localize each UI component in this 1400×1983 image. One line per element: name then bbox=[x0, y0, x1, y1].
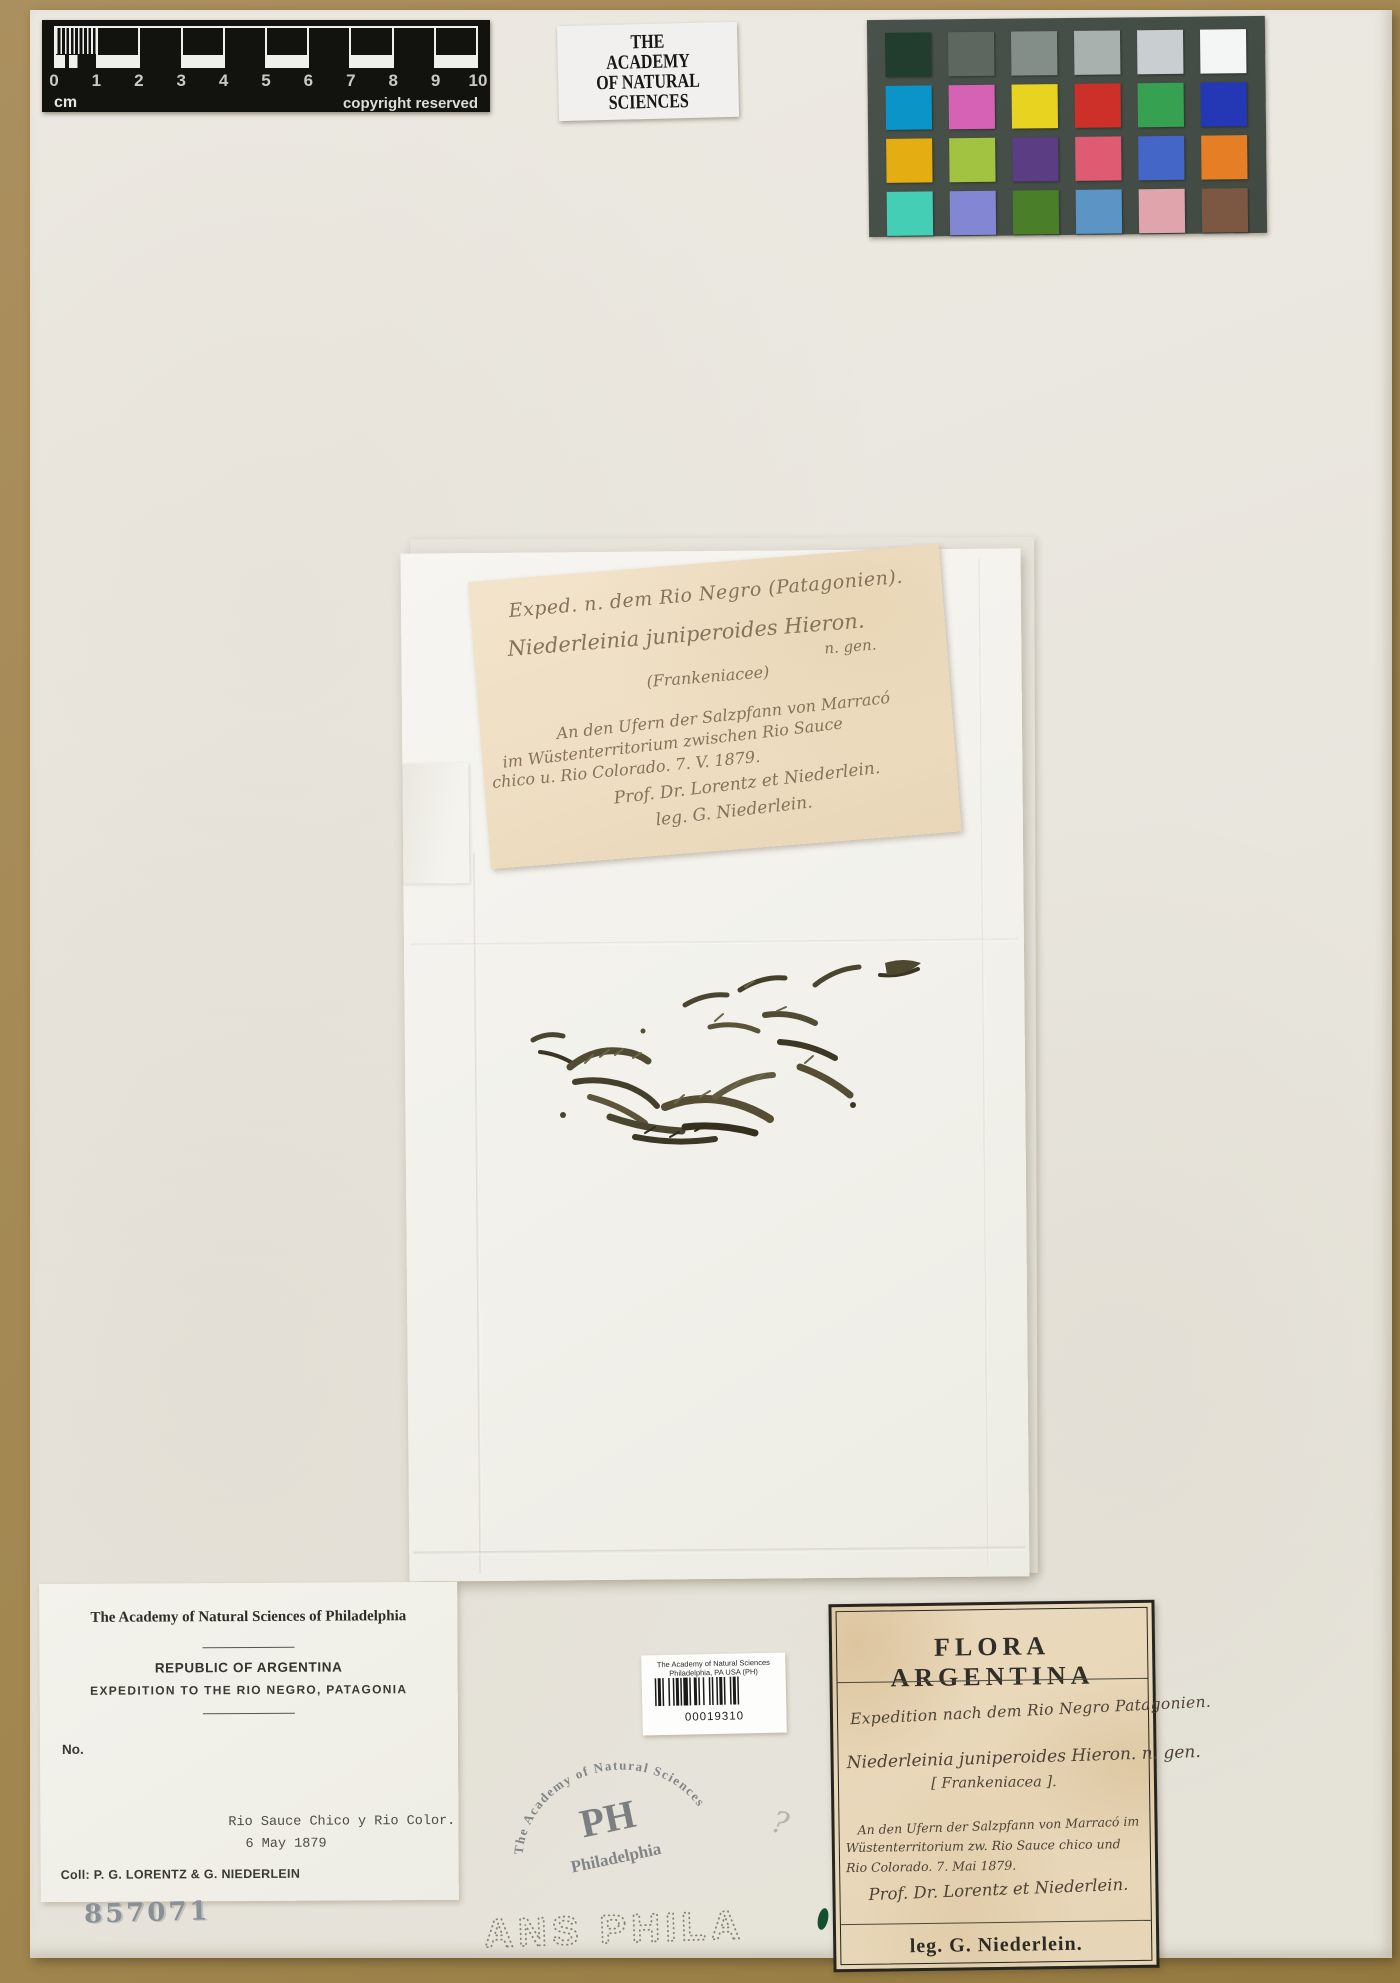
perforation-stamp: ANS PHILA bbox=[479, 1893, 791, 1966]
packet-fold-corner bbox=[402, 763, 469, 884]
academy-wordmark-plate: THE ACADEMY OF NATURAL SCIENCES bbox=[557, 22, 739, 121]
cm-cell-6 bbox=[307, 28, 349, 68]
scale-bar-ticks bbox=[54, 26, 478, 68]
scale-number-6: 6 bbox=[304, 71, 313, 91]
cm-cell-3 bbox=[181, 28, 223, 68]
scale-number-1: 1 bbox=[92, 71, 101, 91]
packet-crease bbox=[413, 1546, 1025, 1555]
scale-number-0: 0 bbox=[49, 71, 58, 91]
barcode-bar bbox=[698, 1677, 700, 1705]
color-patch-r2c4 bbox=[1138, 136, 1184, 180]
color-patch-r3c2 bbox=[1013, 190, 1059, 234]
scale-number-2: 2 bbox=[134, 71, 143, 91]
scale-bar-inner: 012345678910 cm copyright reserved bbox=[54, 26, 478, 113]
divider bbox=[203, 1647, 295, 1648]
detached-tuft bbox=[885, 960, 921, 975]
expedition-label-date: 6 May 1879 bbox=[245, 1837, 326, 1852]
barcode-bar bbox=[730, 1677, 732, 1705]
color-patch-r3c0 bbox=[887, 191, 933, 235]
cm-cell-2 bbox=[138, 28, 180, 68]
barcode-icon bbox=[653, 1676, 776, 1707]
color-patch-r0c4 bbox=[1137, 30, 1183, 74]
barcode-bar bbox=[709, 1677, 711, 1705]
expedition-label-number: No. bbox=[62, 1742, 84, 1757]
flora-label-frame: FLORA ARGENTINA Expedition nach dem Rio … bbox=[836, 1607, 1153, 1965]
ph-stamp-city: Philadelphia bbox=[569, 1839, 663, 1877]
packet-label-family: (Frankeniacee) bbox=[646, 662, 770, 691]
packet-crease bbox=[473, 853, 482, 1573]
color-patch-r0c3 bbox=[1074, 30, 1120, 74]
color-calibration-card bbox=[867, 16, 1267, 237]
barcode-bar bbox=[724, 1677, 726, 1705]
packet-label-ngen: n. gen. bbox=[824, 635, 877, 657]
color-patch-r3c4 bbox=[1139, 189, 1185, 233]
color-patch-r2c3 bbox=[1075, 136, 1121, 180]
color-patch-r3c1 bbox=[950, 191, 996, 235]
color-patch-r0c0 bbox=[885, 32, 931, 76]
flora-hw-taxon: Niederleinia juniperoides Hieron. n. gen… bbox=[846, 1742, 1201, 1773]
color-patch-r2c1 bbox=[949, 138, 995, 182]
handwritten-packet-label: Exped. n. dem Rio Negro (Patagonien). Ni… bbox=[468, 544, 962, 869]
color-patch-r2c2 bbox=[1012, 137, 1058, 181]
color-patch-r1c4 bbox=[1138, 83, 1184, 127]
herbarium-sheet-photo: 012345678910 cm copyright reserved THE A… bbox=[0, 0, 1400, 1983]
scale-bar-numbers: 012345678910 bbox=[54, 69, 478, 93]
academy-wordmark-line: THE bbox=[630, 31, 664, 52]
scale-number-9: 9 bbox=[431, 71, 440, 91]
flora-hw-family: [ Frankeniacea ]. bbox=[839, 1773, 1149, 1793]
color-patch-r2c0 bbox=[886, 138, 932, 182]
barcode-bar bbox=[655, 1678, 657, 1706]
expedition-label-title: EXPEDITION TO THE RIO NEGRO, PATAGONIA bbox=[40, 1682, 458, 1698]
cm-cell-5 bbox=[265, 28, 307, 68]
color-patch-r0c1 bbox=[948, 32, 994, 76]
flora-hw-locality-3: Rio Colorado. 7. Mai 1879. bbox=[846, 1858, 1016, 1875]
scale-number-4: 4 bbox=[219, 71, 228, 91]
cm-cell-1 bbox=[96, 28, 138, 68]
flora-hw-locality-1: An den Ufern der Salzpfann von Marracó i… bbox=[857, 1814, 1139, 1838]
color-patch-r1c5 bbox=[1201, 82, 1247, 126]
cm-cell-0 bbox=[54, 28, 96, 68]
cm-cell-9 bbox=[434, 28, 478, 68]
academy-wordmark-line: SCIENCES bbox=[608, 91, 689, 113]
scale-bar-unit: cm bbox=[54, 94, 77, 112]
scale-bar: 012345678910 cm copyright reserved bbox=[42, 20, 490, 112]
barcode-bar bbox=[683, 1678, 688, 1706]
perforation-stamp-text: ANS PHILA bbox=[483, 1903, 745, 1956]
flora-label-leg: leg. G. Niederlein. bbox=[841, 1932, 1151, 1959]
expedition-label-collectors: Coll: P. G. LORENTZ & G. NIEDERLEIN bbox=[61, 1867, 301, 1882]
expedition-label: The Academy of Natural Sciences of Phila… bbox=[39, 1582, 459, 1902]
scale-number-7: 7 bbox=[346, 71, 355, 91]
divider bbox=[203, 1713, 295, 1714]
barcode-bar bbox=[658, 1678, 662, 1706]
color-patch-r3c5 bbox=[1202, 188, 1248, 232]
barcode-bar bbox=[733, 1677, 737, 1705]
scale-number-5: 5 bbox=[261, 71, 270, 91]
color-patch-r1c0 bbox=[886, 85, 932, 129]
barcode-bar bbox=[694, 1677, 698, 1705]
expedition-label-institution: The Academy of Natural Sciences of Phila… bbox=[39, 1608, 457, 1627]
scale-number-10: 10 bbox=[469, 71, 488, 91]
specimen-plant-fragments bbox=[515, 945, 945, 1190]
barcode-bar bbox=[668, 1678, 670, 1706]
color-patch-r1c1 bbox=[949, 85, 995, 129]
color-patch-r1c3 bbox=[1075, 83, 1121, 127]
barcode-bar bbox=[712, 1677, 714, 1705]
color-patch-r0c5 bbox=[1200, 29, 1246, 73]
barcode-bar bbox=[662, 1678, 664, 1706]
color-patch-r2c5 bbox=[1201, 135, 1247, 179]
expedition-label-locality: Rio Sauce Chico y Rio Color. bbox=[228, 1814, 455, 1830]
packet-crease bbox=[979, 559, 990, 1567]
color-patch-r1c2 bbox=[1012, 84, 1058, 128]
flora-hw-locality-2: Wüstenterritorium zw. Rio Sauce chico un… bbox=[846, 1836, 1121, 1855]
cm-cell-8 bbox=[392, 28, 434, 68]
cm-cell-7 bbox=[349, 28, 391, 68]
barcode-bar bbox=[673, 1678, 675, 1706]
barcode-bar bbox=[676, 1678, 680, 1706]
scale-bar-footer: cm copyright reserved bbox=[54, 93, 478, 113]
color-patch-r3c3 bbox=[1076, 189, 1122, 233]
scale-number-3: 3 bbox=[176, 71, 185, 91]
divider bbox=[841, 1920, 1151, 1925]
color-patch-r0c2 bbox=[1011, 31, 1057, 75]
barcode-bar bbox=[680, 1678, 682, 1706]
barcode-bar bbox=[719, 1677, 723, 1705]
cm-cell-4 bbox=[223, 28, 265, 68]
barcode-bar bbox=[703, 1677, 705, 1705]
accession-number-stamp: 857071 bbox=[84, 1896, 211, 1929]
copyright-text: copyright reserved bbox=[343, 95, 478, 112]
scale-number-8: 8 bbox=[388, 71, 397, 91]
barcode-bar bbox=[689, 1677, 691, 1705]
barcode-bar bbox=[716, 1677, 718, 1705]
flora-argentina-label: FLORA ARGENTINA Expedition nach dem Rio … bbox=[828, 1600, 1159, 1973]
ph-stamp-initials: PH bbox=[576, 1791, 640, 1847]
barcode-bar bbox=[737, 1676, 739, 1704]
expedition-label-country: REPUBLIC OF ARGENTINA bbox=[40, 1659, 458, 1676]
color-patch-grid bbox=[885, 29, 1250, 228]
flora-hw-collectors: Prof. Dr. Lorentz et Niederlein. bbox=[868, 1875, 1129, 1904]
flora-label-title: FLORA ARGENTINA bbox=[837, 1630, 1148, 1694]
